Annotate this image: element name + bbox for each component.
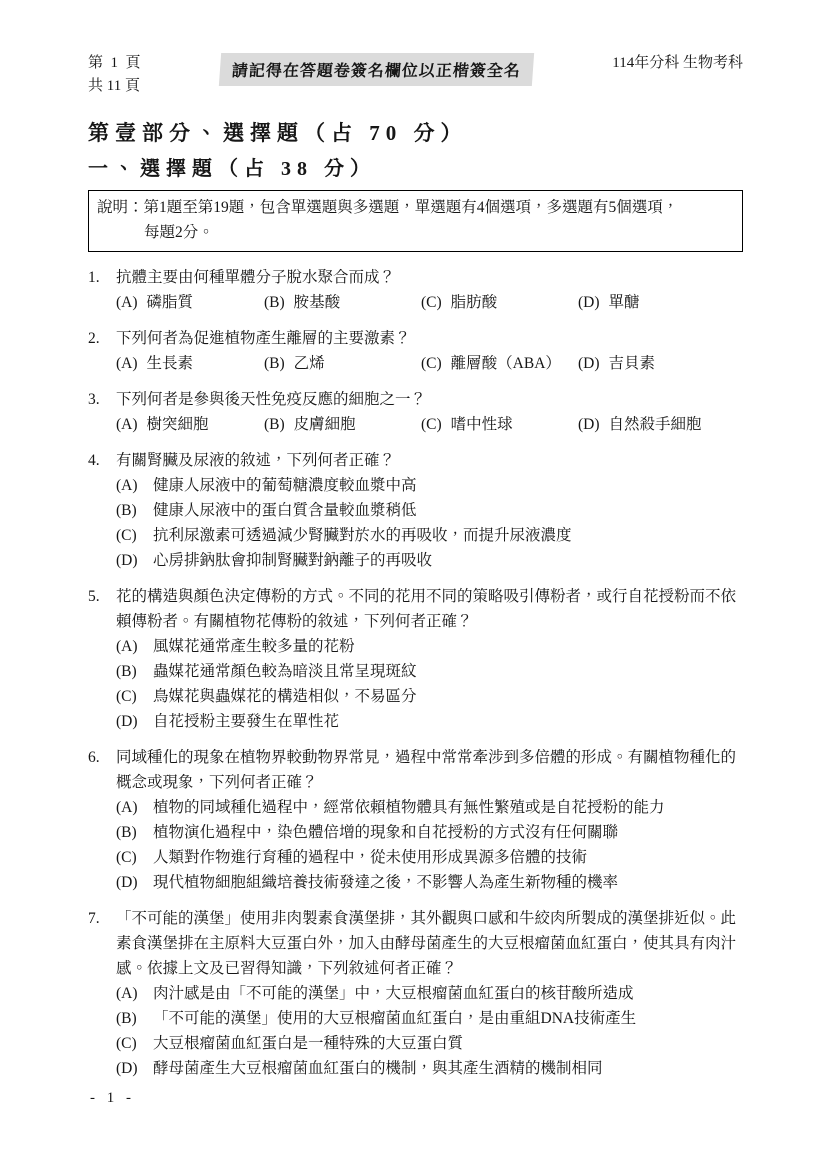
question-number: 5.	[88, 584, 116, 734]
option-text: 人類對作物進行育種的過程中，從未使用形成異源多倍體的技術	[153, 845, 743, 870]
option-label: (C)	[116, 1031, 144, 1056]
option-item: (D)現代植物細胞組織培養技術發達之後，不影響人為產生新物種的機率	[116, 870, 743, 895]
question-block: 3.下列何者是參與後天性免疫反應的細胞之一？(A)樹突細胞(B)皮膚細胞(C)嗜…	[88, 387, 743, 437]
question-number: 7.	[88, 906, 116, 1081]
option-label: (D)	[116, 1056, 144, 1081]
options-group: (A)生長素(B)乙烯(C)離層酸（ABA）(D)吉貝素	[116, 351, 743, 376]
option-item: (B)「不可能的漢堡」使用的大豆根瘤菌血紅蛋白，是由重組DNA技術產生	[116, 1006, 743, 1031]
option-label: (A)	[116, 290, 138, 315]
option-item: (B)乙烯	[264, 351, 421, 376]
question-block: 4.有關腎臟及尿液的敘述，下列何者正確？(A)健康人尿液中的葡萄糖濃度較血漿中高…	[88, 448, 743, 573]
option-label: (B)	[116, 820, 144, 845]
question-stem: 「不可能的漢堡」使用非肉製素食漢堡排，其外觀與口感和牛絞肉所製成的漢堡排近似。此…	[116, 906, 743, 981]
option-text: 蟲媒花通常顏色較為暗淡且常呈現斑紋	[153, 659, 743, 684]
option-text: 植物的同域種化過程中，經常依賴植物體具有無性繁殖或是自花授粉的能力	[153, 795, 743, 820]
option-text: 心房排鈉肽會抑制腎臟對鈉離子的再吸收	[153, 548, 743, 573]
option-label: (B)	[116, 498, 144, 523]
question-stem: 花的構造與顏色決定傳粉的方式。不同的花用不同的策略吸引傳粉者，或行自花授粉而不依…	[116, 584, 743, 634]
option-text: 抗利尿激素可透過減少腎臟對於水的再吸收，而提升尿液濃度	[153, 523, 743, 548]
option-label: (A)	[116, 981, 144, 1006]
page-number-footer: - 1 -	[90, 1090, 135, 1107]
option-text: 自然殺手細胞	[609, 412, 743, 437]
exam-title: 114年分科 生物考科	[612, 52, 743, 75]
instruction-line-2: 每題2分。	[144, 220, 734, 245]
option-item: (A)植物的同域種化過程中，經常依賴植物體具有無性繁殖或是自花授粉的能力	[116, 795, 743, 820]
option-text: 脂肪酸	[451, 290, 578, 315]
option-text: 離層酸（ABA）	[451, 351, 578, 376]
question-number: 3.	[88, 387, 116, 437]
option-label: (D)	[116, 870, 144, 895]
option-text: 風媒花通常產生較多量的花粉	[153, 634, 743, 659]
question-stem: 有關腎臟及尿液的敘述，下列何者正確？	[116, 448, 743, 473]
option-label: (C)	[421, 351, 442, 376]
option-item: (A)風媒花通常產生較多量的花粉	[116, 634, 743, 659]
question-number: 6.	[88, 745, 116, 895]
question-block: 7.「不可能的漢堡」使用非肉製素食漢堡排，其外觀與口感和牛絞肉所製成的漢堡排近似…	[88, 906, 743, 1081]
part-title: 第壹部分、選擇題（占 70 分）	[88, 117, 743, 147]
option-text: 酵母菌產生大豆根瘤菌血紅蛋白的機制，與其產生酒精的機制相同	[153, 1056, 743, 1081]
question-body: 抗體主要由何種單體分子脫水聚合而成？(A)磷脂質(B)胺基酸(C)脂肪酸(D)單…	[116, 265, 743, 315]
option-text: 吉貝素	[609, 351, 743, 376]
sub-title: 一、選擇題（占 38 分）	[88, 152, 743, 181]
option-item: (C)脂肪酸	[421, 290, 578, 315]
option-label: (C)	[116, 684, 144, 709]
option-item: (A)生長素	[116, 351, 264, 376]
option-text: 皮膚細胞	[294, 412, 421, 437]
option-text: 鳥媒花與蟲媒花的構造相似，不易區分	[153, 684, 743, 709]
option-item: (D)自花授粉主要發生在單性花	[116, 709, 743, 734]
page-header: 第 1 頁 共 11 頁 請記得在答題卷簽名欄位以正楷簽全名 114年分科 生物…	[88, 52, 743, 98]
option-label: (A)	[116, 795, 144, 820]
option-label: (C)	[116, 523, 144, 548]
question-body: 「不可能的漢堡」使用非肉製素食漢堡排，其外觀與口感和牛絞肉所製成的漢堡排近似。此…	[116, 906, 743, 1081]
option-text: 樹突細胞	[147, 412, 264, 437]
question-number: 2.	[88, 326, 116, 376]
option-label: (C)	[116, 845, 144, 870]
signature-notice: 請記得在答題卷簽名欄位以正楷簽全名	[219, 53, 534, 86]
option-label: (D)	[578, 290, 600, 315]
option-label: (C)	[421, 290, 442, 315]
question-block: 2.下列何者為促進植物產生離層的主要激素？(A)生長素(B)乙烯(C)離層酸（A…	[88, 326, 743, 376]
option-item: (D)自然殺手細胞	[578, 412, 743, 437]
option-text: 現代植物細胞組織培養技術發達之後，不影響人為產生新物種的機率	[153, 870, 743, 895]
option-label: (B)	[116, 659, 144, 684]
option-label: (B)	[264, 290, 285, 315]
options-group: (A)樹突細胞(B)皮膚細胞(C)嗜中性球(D)自然殺手細胞	[116, 412, 743, 437]
option-text: 植物演化過程中，染色體倍增的現象和自花授粉的方式沒有任何關聯	[153, 820, 743, 845]
option-item: (C)大豆根瘤菌血紅蛋白是一種特殊的大豆蛋白質	[116, 1031, 743, 1056]
option-item: (B)皮膚細胞	[264, 412, 421, 437]
option-item: (A)健康人尿液中的葡萄糖濃度較血漿中高	[116, 473, 743, 498]
page-count: 第 1 頁 共 11 頁	[88, 52, 141, 98]
question-body: 下列何者為促進植物產生離層的主要激素？(A)生長素(B)乙烯(C)離層酸（ABA…	[116, 326, 743, 376]
option-item: (A)樹突細胞	[116, 412, 264, 437]
option-item: (D)心房排鈉肽會抑制腎臟對鈉離子的再吸收	[116, 548, 743, 573]
option-item: (B)植物演化過程中，染色體倍增的現象和自花授粉的方式沒有任何關聯	[116, 820, 743, 845]
option-item: (D)單醣	[578, 290, 743, 315]
options-group: (A)磷脂質(B)胺基酸(C)脂肪酸(D)單醣	[116, 290, 743, 315]
option-label: (A)	[116, 634, 144, 659]
question-body: 有關腎臟及尿液的敘述，下列何者正確？(A)健康人尿液中的葡萄糖濃度較血漿中高(B…	[116, 448, 743, 573]
options-group: (A)肉汁感是由「不可能的漢堡」中，大豆根瘤菌血紅蛋白的核苷酸所造成(B)「不可…	[116, 981, 743, 1081]
option-item: (C)抗利尿激素可透過減少腎臟對於水的再吸收，而提升尿液濃度	[116, 523, 743, 548]
instruction-box: 說明：第1題至第19題，包含單選題與多選題，單選題有4個選項，多選題有5個選項，…	[88, 190, 743, 252]
option-label: (D)	[578, 412, 600, 437]
option-label: (B)	[116, 1006, 144, 1031]
options-group: (A)健康人尿液中的葡萄糖濃度較血漿中高(B)健康人尿液中的蛋白質含量較血漿稍低…	[116, 473, 743, 573]
option-text: 磷脂質	[147, 290, 264, 315]
option-text: 健康人尿液中的蛋白質含量較血漿稍低	[153, 498, 743, 523]
option-item: (C)鳥媒花與蟲媒花的構造相似，不易區分	[116, 684, 743, 709]
options-group: (A)風媒花通常產生較多量的花粉(B)蟲媒花通常顏色較為暗淡且常呈現斑紋(C)鳥…	[116, 634, 743, 734]
option-label: (A)	[116, 351, 138, 376]
option-label: (A)	[116, 412, 138, 437]
question-block: 1.抗體主要由何種單體分子脫水聚合而成？(A)磷脂質(B)胺基酸(C)脂肪酸(D…	[88, 265, 743, 315]
exam-page: 第 1 頁 共 11 頁 請記得在答題卷簽名欄位以正楷簽全名 114年分科 生物…	[0, 0, 827, 1081]
question-stem: 下列何者是參與後天性免疫反應的細胞之一？	[116, 387, 743, 412]
option-item: (C)人類對作物進行育種的過程中，從未使用形成異源多倍體的技術	[116, 845, 743, 870]
options-group: (A)植物的同域種化過程中，經常依賴植物體具有無性繁殖或是自花授粉的能力(B)植…	[116, 795, 743, 895]
question-stem: 同域種化的現象在植物界較動物界常見，過程中常常牽涉到多倍體的形成。有關植物種化的…	[116, 745, 743, 795]
option-label: (A)	[116, 473, 144, 498]
option-item: (C)嗜中性球	[421, 412, 578, 437]
option-item: (C)離層酸（ABA）	[421, 351, 578, 376]
option-text: 單醣	[609, 290, 743, 315]
question-stem: 抗體主要由何種單體分子脫水聚合而成？	[116, 265, 743, 290]
option-text: 肉汁感是由「不可能的漢堡」中，大豆根瘤菌血紅蛋白的核苷酸所造成	[153, 981, 743, 1006]
option-text: 「不可能的漢堡」使用的大豆根瘤菌血紅蛋白，是由重組DNA技術產生	[153, 1006, 743, 1031]
questions-list: 1.抗體主要由何種單體分子脫水聚合而成？(A)磷脂質(B)胺基酸(C)脂肪酸(D…	[88, 265, 743, 1081]
option-item: (B)胺基酸	[264, 290, 421, 315]
question-block: 6.同域種化的現象在植物界較動物界常見，過程中常常牽涉到多倍體的形成。有關植物種…	[88, 745, 743, 895]
option-item: (A)肉汁感是由「不可能的漢堡」中，大豆根瘤菌血紅蛋白的核苷酸所造成	[116, 981, 743, 1006]
option-item: (B)健康人尿液中的蛋白質含量較血漿稍低	[116, 498, 743, 523]
question-stem: 下列何者為促進植物產生離層的主要激素？	[116, 326, 743, 351]
question-body: 同域種化的現象在植物界較動物界常見，過程中常常牽涉到多倍體的形成。有關植物種化的…	[116, 745, 743, 895]
question-body: 花的構造與顏色決定傳粉的方式。不同的花用不同的策略吸引傳粉者，或行自花授粉而不依…	[116, 584, 743, 734]
option-text: 嗜中性球	[451, 412, 578, 437]
option-item: (A)磷脂質	[116, 290, 264, 315]
option-label: (D)	[116, 548, 144, 573]
option-label: (C)	[421, 412, 442, 437]
option-text: 生長素	[147, 351, 264, 376]
option-text: 乙烯	[294, 351, 421, 376]
option-label: (B)	[264, 351, 285, 376]
option-label: (D)	[578, 351, 600, 376]
question-number: 4.	[88, 448, 116, 573]
option-text: 自花授粉主要發生在單性花	[153, 709, 743, 734]
question-block: 5.花的構造與顏色決定傳粉的方式。不同的花用不同的策略吸引傳粉者，或行自花授粉而…	[88, 584, 743, 734]
question-number: 1.	[88, 265, 116, 315]
option-label: (D)	[116, 709, 144, 734]
option-text: 大豆根瘤菌血紅蛋白是一種特殊的大豆蛋白質	[153, 1031, 743, 1056]
option-item: (B)蟲媒花通常顏色較為暗淡且常呈現斑紋	[116, 659, 743, 684]
option-text: 健康人尿液中的葡萄糖濃度較血漿中高	[153, 473, 743, 498]
option-item: (D)吉貝素	[578, 351, 743, 376]
question-body: 下列何者是參與後天性免疫反應的細胞之一？(A)樹突細胞(B)皮膚細胞(C)嗜中性…	[116, 387, 743, 437]
option-label: (B)	[264, 412, 285, 437]
option-text: 胺基酸	[294, 290, 421, 315]
instruction-line-1: 說明：第1題至第19題，包含單選題與多選題，單選題有4個選項，多選題有5個選項，	[97, 195, 734, 220]
option-item: (D)酵母菌產生大豆根瘤菌血紅蛋白的機制，與其產生酒精的機制相同	[116, 1056, 743, 1081]
